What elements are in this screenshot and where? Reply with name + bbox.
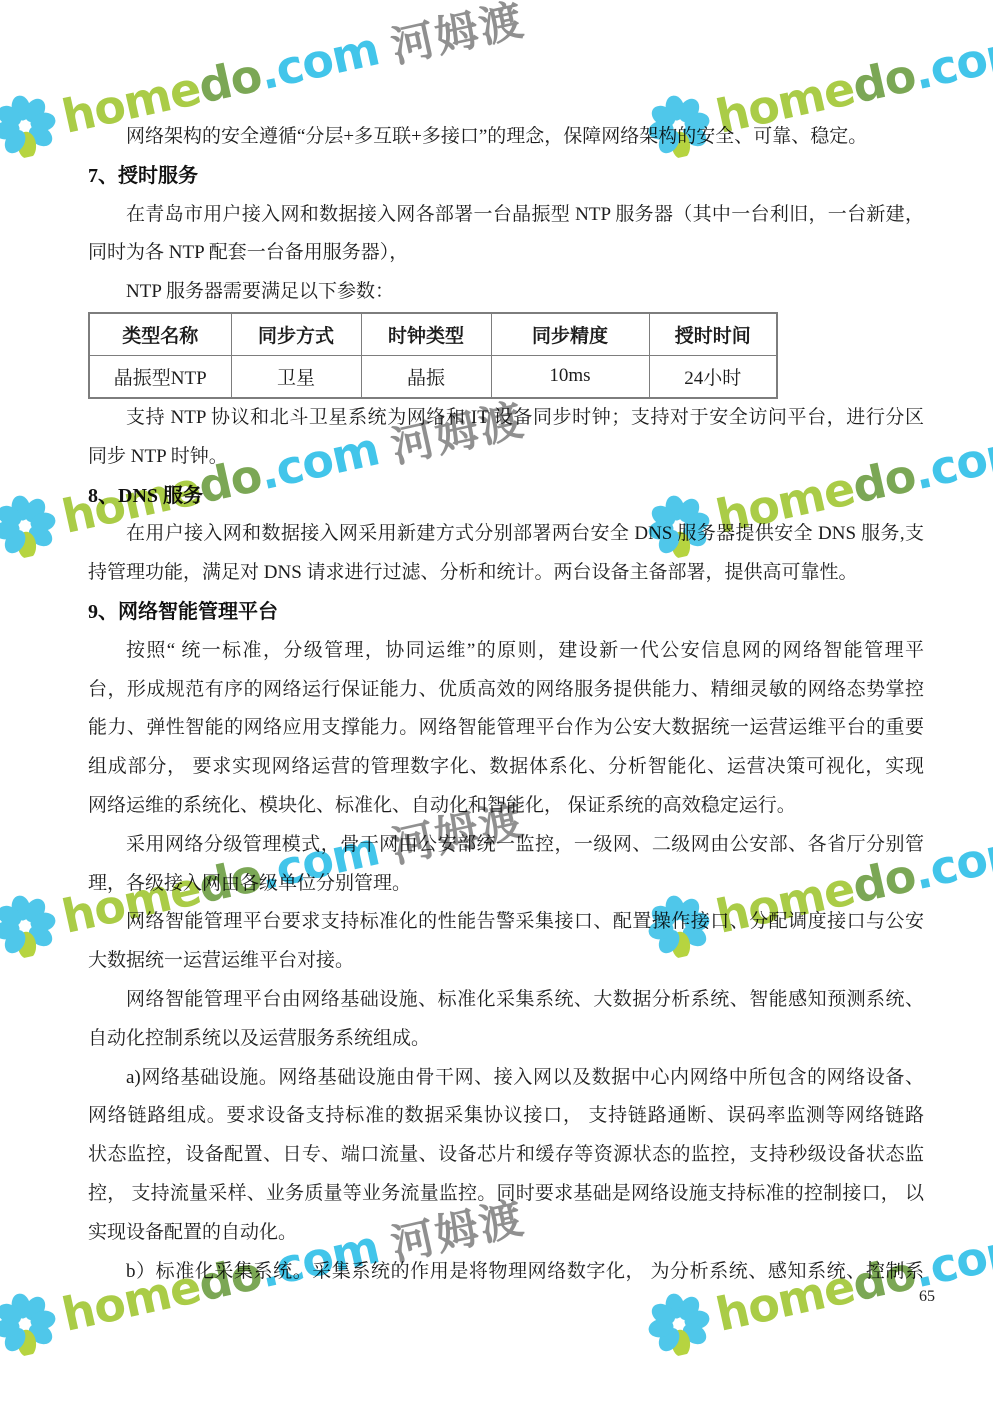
- paragraph-line: 在青岛市用户接入网和数据接入网各部署一台晶振型 NTP 服务器（其中一台利旧，一…: [88, 196, 924, 235]
- table-row: 晶振型NTP 卫星 晶振 10ms 24小时: [89, 355, 777, 398]
- page-number: 65: [919, 1288, 935, 1306]
- paragraph-line: 同步 NTP 时钟。: [88, 438, 924, 477]
- paragraph-line: 自动化控制系统以及运营服务系统组成。: [88, 1020, 924, 1059]
- paragraph-line: 组成部分， 要求实现网络运营的管理数字化、数据体系化、分析智能化、运营决策可视化…: [88, 748, 924, 787]
- table-cell: 24小时: [649, 355, 777, 398]
- paragraph-line: 支持 NTP 协议和北斗卫星系统为网络和 IT 设备同步时钟；支持对于安全访问平…: [88, 399, 924, 438]
- table-cell: 晶振型NTP: [89, 355, 231, 398]
- watermark-brand-cjk-text: 河姆渡: [385, 0, 530, 75]
- watermark-com-text: .com: [908, 21, 993, 100]
- paragraph-line: 网络智能管理平台要求支持标准化的性能告警采集接口、配置操作接口、分配调度接口与公…: [88, 903, 924, 942]
- table-cell: 晶振: [361, 355, 491, 398]
- table-header-cell: 时钟类型: [361, 313, 491, 356]
- paragraph-line: 台，形成规范有序的网络运行保证能力、优质高效的网络服务提供能力、精细灵敏的网络态…: [88, 671, 924, 710]
- paragraph-line: a)网络基础设施。网络基础设施由骨干网、接入网以及数据中心内网络中所包含的网络设…: [88, 1059, 924, 1098]
- table-header-cell: 同步方式: [231, 313, 361, 356]
- homedo-flower-icon: [0, 889, 62, 963]
- paragraph-line: 网络架构的安全遵循“分层+多互联+多接口”的理念，保障网络架构的安全、可靠、稳定…: [88, 118, 924, 157]
- table-cell: 卫星: [231, 355, 361, 398]
- homedo-flower-icon: [0, 89, 62, 163]
- paragraph-line: 同时为各 NTP 配套一台备用服务器），: [88, 234, 924, 273]
- paragraph-line: NTP 服务器需要满足以下参数：: [88, 273, 924, 312]
- document-page: 网络架构的安全遵循“分层+多互联+多接口”的理念，保障网络架构的安全、可靠、稳定…: [0, 0, 993, 1403]
- document-body: 网络架构的安全遵循“分层+多互联+多接口”的理念，保障网络架构的安全、可靠、稳定…: [88, 118, 924, 1291]
- paragraph-line: 状态监控，设备配置、日专、端口流量、设备芯片和缓存等资源状态的监控，支持秒级设备…: [88, 1136, 924, 1175]
- section-heading-8: 8、DNS 服务: [88, 477, 924, 516]
- table-header-cell: 同步精度: [491, 313, 649, 356]
- paragraph-line: 按照“ 统一标准，分级管理，协同运维”的原则，建设新一代公安信息网的网络智能管理…: [88, 632, 924, 671]
- paragraph-line: 控， 支持流量采样、业务质量等业务流量监控。同时要求基础是网络设施支持标准的控制…: [88, 1175, 924, 1214]
- watermark-do-text: do: [847, 47, 920, 113]
- paragraph-line: 大数据统一运营运维平台对接。: [88, 942, 924, 981]
- table-cell: 10ms: [491, 355, 649, 398]
- table-header-row: 类型名称 同步方式 时钟类型 同步精度 授时时间: [89, 313, 777, 356]
- ntp-spec-table: 类型名称 同步方式 时钟类型 同步精度 授时时间 晶振型NTP 卫星 晶振 10…: [88, 312, 778, 399]
- paragraph-line: 采用网络分级管理模式，骨干网由公安部统一监控，一级网、二级网由公安部、各省厅分别…: [88, 826, 924, 865]
- paragraph-line: 网络运维的系统化、模块化、标准化、自动化和智能化， 保证系统的高效稳定运行。: [88, 787, 924, 826]
- paragraph-line: 网络智能管理平台由网络基础设施、标准化采集系统、大数据分析系统、智能感知预测系统…: [88, 981, 924, 1020]
- homedo-flower-icon: [0, 1287, 62, 1361]
- homedo-flower-icon: [642, 1287, 716, 1361]
- paragraph-line: 理，各级接入网由各级单位分别管理。: [88, 865, 924, 904]
- watermark-do-text: do: [193, 47, 266, 113]
- table-header-cell: 类型名称: [89, 313, 231, 356]
- section-heading-7: 7、授时服务: [88, 157, 924, 196]
- watermark-com-text: .com: [254, 21, 383, 100]
- paragraph-line: 持管理功能，满足对 DNS 请求进行过滤、分析和统计。两台设备主备部署，提供高可…: [88, 554, 924, 593]
- paragraph-line: b）标准化采集系统。采集系统的作用是将物理网络数字化， 为分析系统、感知系统、控…: [88, 1253, 924, 1292]
- table-header-cell: 授时时间: [649, 313, 777, 356]
- section-heading-9: 9、网络智能管理平台: [88, 593, 924, 632]
- paragraph-line: 在用户接入网和数据接入网采用新建方式分别部署两台安全 DNS 服务器提供安全 D…: [88, 515, 924, 554]
- homedo-flower-icon: [0, 489, 62, 563]
- paragraph-line: 能力、弹性智能的网络应用支撑能力。网络智能管理平台作为公安大数据统一运营运维平台…: [88, 709, 924, 748]
- paragraph-line: 网络链路组成。要求设备支持标准的数据采集协议接口， 支持链路通断、误码率监测等网…: [88, 1097, 924, 1136]
- paragraph-line: 实现设备配置的自动化。: [88, 1214, 924, 1253]
